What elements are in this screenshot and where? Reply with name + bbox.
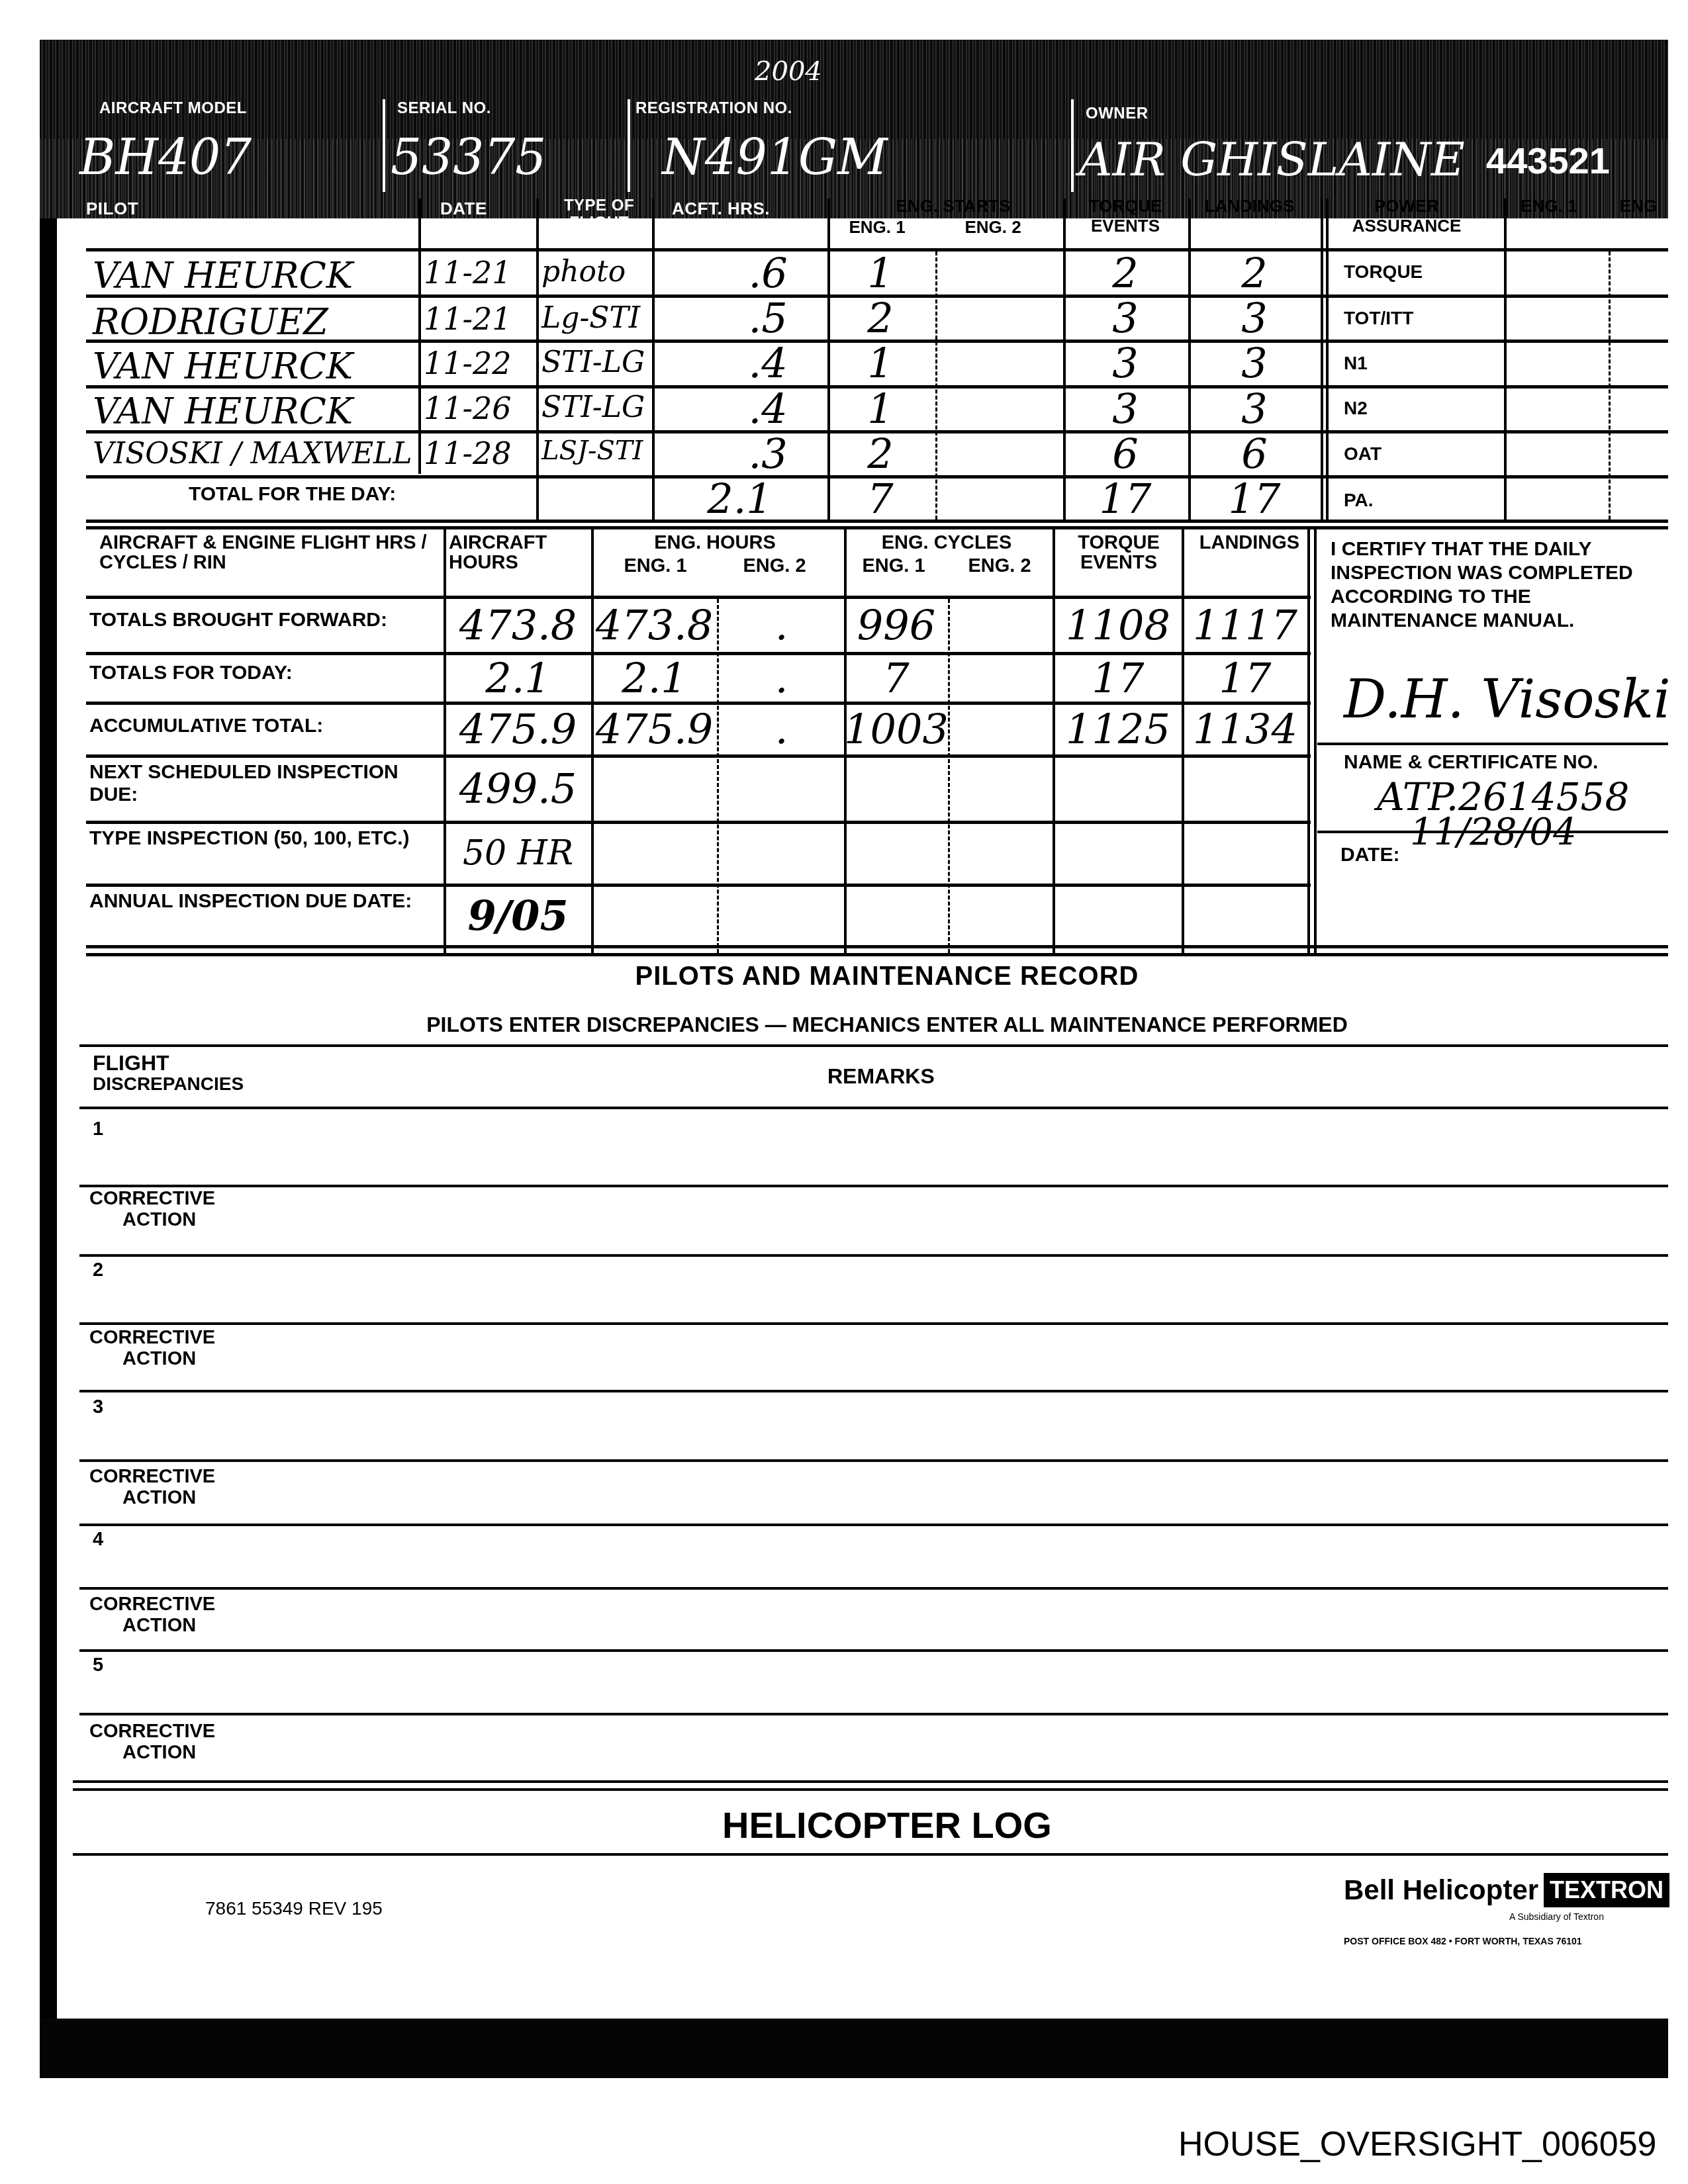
corrective-action-entry[interactable] xyxy=(199,1191,1655,1251)
action-label: ACTION xyxy=(122,1742,196,1763)
pa-row-label: PA. xyxy=(1344,490,1374,511)
date-cell: 11-26 xyxy=(424,390,512,426)
bf-landings: 1117 xyxy=(1184,598,1307,652)
grid-line xyxy=(79,1713,1668,1715)
today-eng2-hours: . xyxy=(720,654,843,702)
scan-bottom-band xyxy=(40,2019,1668,2078)
grid-line xyxy=(536,199,539,520)
flight-type-cell: STI-LG xyxy=(541,390,645,424)
acft-hrs-header: ACFT. HRS. xyxy=(672,199,770,219)
maintenance-subtitle: PILOTS ENTER DISCREPANCIES — MECHANICS E… xyxy=(0,1013,1688,1037)
corrective-label: CORRECTIVE xyxy=(89,1721,215,1742)
pilot-header: PILOT xyxy=(86,199,138,219)
grid-line xyxy=(948,599,950,953)
header-divider xyxy=(383,99,385,192)
textron-badge: TEXTRON xyxy=(1544,1873,1669,1907)
date-cell: 11-22 xyxy=(424,345,512,381)
landings-header: LANDINGS xyxy=(1188,196,1311,216)
grid-line xyxy=(717,599,719,953)
discrepancy-entry[interactable] xyxy=(199,1257,1655,1324)
grid-line xyxy=(652,199,655,520)
flight-type-cell: Lg-STI xyxy=(541,301,640,335)
grid-line xyxy=(79,1459,1668,1462)
acc-aircraft-hours: 475.9 xyxy=(447,704,589,754)
eng-hours-header: ENG. HOURS xyxy=(596,533,834,553)
grid-line xyxy=(1326,199,1329,520)
registration-value: N491GM xyxy=(662,129,888,186)
grid-line xyxy=(1188,199,1191,520)
grid-line xyxy=(73,1853,1668,1856)
grid-line xyxy=(86,953,1668,956)
discrepancy-entry[interactable] xyxy=(199,1393,1655,1459)
acc-landings: 1134 xyxy=(1184,704,1307,754)
owner-label: OWNER xyxy=(1086,105,1149,123)
serial-no-value: 53375 xyxy=(391,129,546,186)
discrepancy-entry[interactable] xyxy=(199,1115,1655,1181)
total-acft-hrs: 2.1 xyxy=(655,477,824,520)
corrective-action-entry[interactable] xyxy=(199,1717,1655,1777)
eng1-starts-cell: 1 xyxy=(831,387,930,430)
eng-cycles-eng2-header: ENG. 2 xyxy=(947,556,1053,576)
grid-line xyxy=(86,754,1311,758)
grid-line xyxy=(1307,526,1310,953)
date-cell: 11-21 xyxy=(424,301,512,337)
registration-annotation: 2004 xyxy=(755,56,822,87)
landings-cell: 2 xyxy=(1192,250,1317,295)
grid-line xyxy=(1504,199,1507,520)
acft-hrs-cell: .4 xyxy=(715,341,821,385)
grid-line xyxy=(827,199,830,520)
next-inspection-value: 499.5 xyxy=(447,756,589,821)
grid-line xyxy=(79,1044,1668,1047)
torque-cell: 3 xyxy=(1066,387,1185,430)
discrepancy-entry[interactable] xyxy=(199,1653,1655,1716)
eng-hours-eng2-header: ENG. 2 xyxy=(715,556,834,576)
today-aircraft-hours: 2.1 xyxy=(447,654,589,702)
header-divider xyxy=(628,99,630,192)
helicopter-log-title: HELICOPTER LOG xyxy=(0,1803,1688,1846)
pilot-cell: VAN HEURCK xyxy=(93,390,353,432)
corrective-label: CORRECTIVE xyxy=(89,1327,215,1348)
pa-eng2-header: ENG xyxy=(1609,196,1668,216)
grid-line xyxy=(79,1254,1668,1257)
eng-starts-header: ENG. STARTS xyxy=(854,196,1053,216)
today-eng1-cycles: 7 xyxy=(846,654,947,702)
corrective-label: CORRECTIVE xyxy=(89,1594,215,1615)
signature: D.H. Visoski xyxy=(1344,668,1671,730)
grid-line xyxy=(1609,251,1611,520)
pa-eng1-header: ENG. 1 xyxy=(1509,196,1589,216)
power-assurance-header: POWER ASSURANCE xyxy=(1324,196,1489,236)
flight-type-cell: LSJ-STI xyxy=(541,435,643,466)
grid-line xyxy=(1321,199,1323,520)
action-label: ACTION xyxy=(122,1209,196,1230)
pa-row-label: TORQUE xyxy=(1344,261,1423,283)
corrective-action-entry[interactable] xyxy=(199,1463,1655,1522)
bf-aircraft-hours: 473.8 xyxy=(447,598,589,652)
action-label: ACTION xyxy=(122,1615,196,1636)
pa-row-label: N1 xyxy=(1344,353,1368,374)
header-divider xyxy=(1071,99,1074,192)
acft-hrs-cell: .6 xyxy=(715,250,821,295)
torque-cell: 3 xyxy=(1066,341,1185,385)
owner-number: 443521 xyxy=(1486,139,1610,182)
action-label: ACTION xyxy=(122,1348,196,1369)
address-text: POST OFFICE BOX 482 • FORT WORTH, TEXAS … xyxy=(1344,1936,1582,1946)
totals-label-header: AIRCRAFT & ENGINE FLIGHT HRS / CYCLES / … xyxy=(86,533,457,572)
maintenance-title: PILOTS AND MAINTENANCE RECORD xyxy=(0,962,1688,991)
accumulative-total-label: ACCUMULATIVE TOTAL: xyxy=(89,715,323,737)
discrepancy-number: 4 xyxy=(93,1529,103,1550)
brought-forward-label: TOTALS BROUGHT FORWARD: xyxy=(89,609,387,631)
grid-line xyxy=(418,199,421,474)
pa-row-label: N2 xyxy=(1344,398,1368,419)
aircraft-model-label: AIRCRAFT MODEL xyxy=(99,99,247,118)
owner-value: AIR GHISLAINE xyxy=(1079,132,1465,187)
grid-line xyxy=(86,884,1311,887)
grid-line xyxy=(86,821,1311,824)
acc-eng1-cycles: 1003 xyxy=(846,704,947,754)
pilot-cell: VAN HEURCK xyxy=(93,255,353,296)
acc-eng2-hours: . xyxy=(720,704,843,754)
bf-eng1-cycles: 996 xyxy=(846,598,947,652)
remarks-label: REMARKS xyxy=(827,1066,935,1087)
landings-cell: 3 xyxy=(1192,387,1317,430)
bell-logo: Bell Helicopter TEXTRON xyxy=(1344,1873,1669,1907)
eng2-starts-header: ENG. 2 xyxy=(947,217,1039,237)
grid-line xyxy=(79,1185,1668,1187)
grid-line xyxy=(86,945,1668,948)
landings-cell: 6 xyxy=(1192,432,1317,475)
grid-line xyxy=(79,1107,1668,1109)
annual-inspection-label: ANNUAL INSPECTION DUE DATE: xyxy=(89,890,434,913)
aircraft-model-value: BH407 xyxy=(79,129,252,186)
totals-today-label: TOTALS FOR TODAY: xyxy=(89,662,293,684)
flight-label: FLIGHT xyxy=(93,1052,169,1073)
corrective-action-entry[interactable] xyxy=(199,1592,1655,1651)
acc-eng1-hours: 475.9 xyxy=(593,704,716,754)
discrepancy-number: 5 xyxy=(93,1655,103,1676)
brand-name: Bell Helicopter xyxy=(1344,1874,1538,1906)
pa-row-label: TOT/ITT xyxy=(1344,308,1413,329)
bf-torque: 1108 xyxy=(1055,598,1181,652)
eng1-starts-cell: 2 xyxy=(831,432,930,475)
form-number: 7861 55349 REV 195 xyxy=(205,1898,383,1919)
grid-line xyxy=(79,1649,1668,1652)
grid-line xyxy=(935,251,937,520)
today-landings: 17 xyxy=(1184,654,1307,702)
corrective-label: CORRECTIVE xyxy=(89,1188,215,1209)
total-for-day-label: TOTAL FOR THE DAY: xyxy=(189,483,396,506)
annual-inspection-value: 9/05 xyxy=(447,886,589,945)
eng1-starts-cell: 1 xyxy=(831,250,930,295)
acc-torque: 1125 xyxy=(1055,704,1181,754)
landings-cell: 3 xyxy=(1192,341,1317,385)
grid-line xyxy=(444,526,446,953)
grid-line xyxy=(86,526,1668,529)
acft-hrs-cell: .3 xyxy=(715,432,821,475)
grid-line xyxy=(73,1788,1668,1791)
flight-type-cell: STI-LG xyxy=(541,345,645,379)
grid-line xyxy=(79,1322,1668,1325)
serial-no-label: SERIAL NO. xyxy=(397,99,491,118)
discrepancy-number: 1 xyxy=(93,1118,103,1140)
cert-date-value: 11/28/04 xyxy=(1410,811,1577,854)
torque-cell: 6 xyxy=(1066,432,1185,475)
grid-line xyxy=(79,1524,1668,1526)
bates-number: HOUSE_OVERSIGHT_006059 xyxy=(1178,2124,1657,2164)
registration-label: REGISTRATION NO. xyxy=(635,99,792,118)
flight-type-cell: photo xyxy=(541,255,626,289)
certification-text: I CERTIFY THAT THE DAILY INSPECTION WAS … xyxy=(1331,537,1662,633)
date-cell: 11-28 xyxy=(424,435,512,471)
today-torque: 17 xyxy=(1055,654,1181,702)
eng1-starts-cell: 1 xyxy=(831,341,930,385)
date-header: DATE xyxy=(440,199,487,219)
aircraft-hours-header: AIRCRAFT HOURS xyxy=(449,533,581,572)
grid-line xyxy=(1314,526,1317,953)
bf-eng2-hours: . xyxy=(720,598,843,652)
type-inspection-label: TYPE INSPECTION (50, 100, ETC.) xyxy=(89,827,434,850)
pilot-cell: VAN HEURCK xyxy=(93,345,353,387)
totals-torque-header: TORQUE EVENTS xyxy=(1056,533,1182,572)
torque-cell: 3 xyxy=(1066,296,1185,340)
pilot-cell: RODRIGUEZ xyxy=(93,301,328,343)
acft-hrs-cell: .5 xyxy=(715,296,821,340)
subsidiary-text: A Subsidiary of Textron xyxy=(1509,1911,1604,1922)
total-eng1-starts: 7 xyxy=(831,477,930,520)
action-label: ACTION xyxy=(122,1487,196,1508)
eng-cycles-eng1-header: ENG. 1 xyxy=(841,556,947,576)
torque-events-header: TORQUE EVENTS xyxy=(1066,196,1185,236)
total-torque: 17 xyxy=(1066,477,1185,520)
grid-line xyxy=(79,1587,1668,1590)
discrepancy-entry[interactable] xyxy=(199,1527,1655,1590)
discrepancy-number: 2 xyxy=(93,1259,103,1281)
next-inspection-label: NEXT SCHEDULED INSPECTION DUE: xyxy=(89,761,434,806)
date-cell: 11-21 xyxy=(424,255,512,291)
discrepancy-number: 3 xyxy=(93,1396,103,1418)
type-inspection-value: 50 HR xyxy=(447,823,589,884)
pilot-cell: VISOSKI / MAXWELL xyxy=(93,437,412,471)
grid-line xyxy=(73,1780,1668,1783)
torque-cell: 2 xyxy=(1066,250,1185,295)
name-certificate-label: NAME & CERTIFICATE NO. xyxy=(1344,751,1598,774)
discrepancies-label: DISCREPANCIES xyxy=(93,1073,244,1095)
total-landings: 17 xyxy=(1192,477,1317,520)
landings-cell: 3 xyxy=(1192,296,1317,340)
cert-date-label: DATE: xyxy=(1340,844,1399,866)
today-eng1-hours: 2.1 xyxy=(593,654,716,702)
signature-line xyxy=(1317,743,1668,745)
eng-cycles-header: ENG. CYCLES xyxy=(841,533,1053,553)
eng1-starts-header: ENG. 1 xyxy=(831,217,923,237)
eng-hours-eng1-header: ENG. 1 xyxy=(596,556,715,576)
grid-line xyxy=(79,1390,1668,1392)
acft-hrs-cell: .4 xyxy=(715,387,821,430)
bf-eng1-hours: 473.8 xyxy=(593,598,716,652)
totals-landings-header: LANDINGS xyxy=(1185,533,1314,553)
pa-row-label: OAT xyxy=(1344,443,1382,465)
type-of-flight-header: TYPE OF FLIGHT xyxy=(543,197,655,232)
corrective-label: CORRECTIVE xyxy=(89,1466,215,1487)
eng1-starts-cell: 2 xyxy=(831,296,930,340)
corrective-action-entry[interactable] xyxy=(199,1327,1655,1387)
